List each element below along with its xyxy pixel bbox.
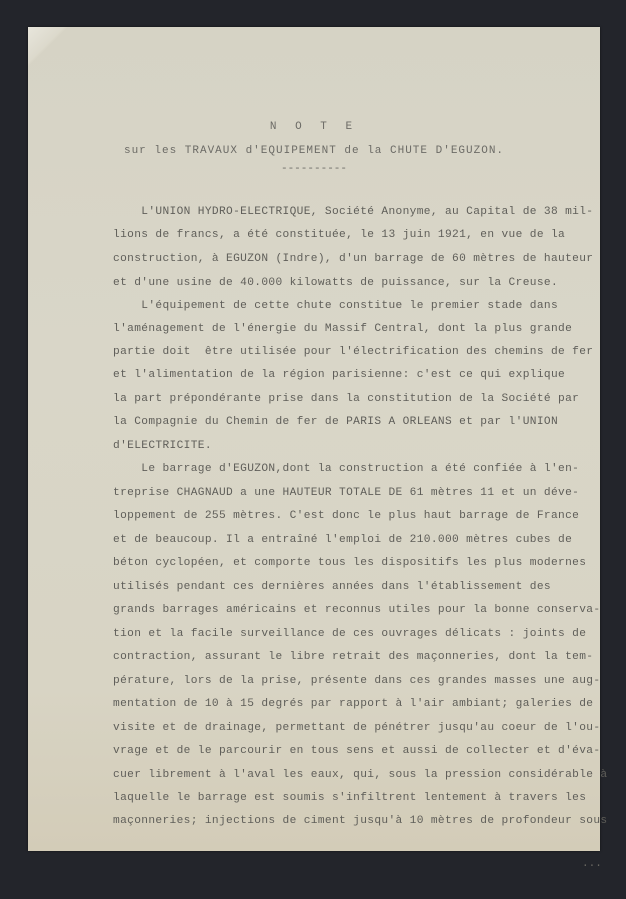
continuation-mark: ...	[582, 858, 602, 870]
text-line: contraction, assurant le libre retrait d…	[113, 651, 593, 663]
text-line: partie doit être utilisée pour l'électri…	[113, 346, 593, 358]
text-line: d'ELECTRICITE.	[113, 440, 593, 452]
text-line: pérature, lors de la prise, présente dan…	[113, 675, 593, 687]
text-line: lions de francs, a été constituée, le 13…	[113, 229, 593, 241]
text-line: treprise CHAGNAUD a une HAUTEUR TOTALE D…	[113, 487, 593, 499]
document-subtitle: sur les TRAVAUX d'EQUIPEMENT de la CHUTE…	[28, 145, 600, 157]
text-line: grands barrages américains et reconnus u…	[113, 604, 593, 616]
text-line: loppement de 255 mètres. C'est donc le p…	[113, 510, 593, 522]
text-line: L'UNION HYDRO-ELECTRIQUE, Société Anonym…	[113, 206, 593, 218]
folded-corner	[28, 27, 68, 67]
text-line: visite et de drainage, permettant de pén…	[113, 722, 593, 734]
text-line: laquelle le barrage est soumis s'infiltr…	[113, 792, 593, 804]
text-line: Le barrage d'EGUZON,dont la construction…	[113, 463, 593, 475]
text-line: la part prépondérante prise dans la cons…	[113, 393, 593, 405]
text-line: béton cyclopéen, et comporte tous les di…	[113, 557, 593, 569]
text-line: L'équipement de cette chute constitue le…	[113, 300, 593, 312]
document-heading: N O T E	[28, 121, 600, 133]
text-line: vrage et de le parcourir en tous sens et…	[113, 745, 593, 757]
text-line: maçonneries; injections de ciment jusqu'…	[113, 815, 593, 827]
text-line: mentation de 10 à 15 degrés par rapport …	[113, 698, 593, 710]
text-line: et de beaucoup. Il a entraîné l'emploi d…	[113, 534, 593, 546]
text-line: utilisés pendant ces dernières années da…	[113, 581, 593, 593]
text-line: tion et la facile surveillance de ces ou…	[113, 628, 593, 640]
text-line: et d'une usine de 40.000 kilowatts de pu…	[113, 277, 593, 289]
text-line: construction, à EGUZON (Indre), d'un bar…	[113, 253, 593, 265]
text-line: la Compagnie du Chemin de fer de PARIS A…	[113, 416, 593, 428]
title-rule: ----------	[28, 163, 600, 175]
text-line: l'aménagement de l'énergie du Massif Cen…	[113, 323, 593, 335]
text-line: et l'alimentation de la région parisienn…	[113, 369, 593, 381]
text-line: cuer librement à l'aval les eaux, qui, s…	[113, 769, 593, 781]
